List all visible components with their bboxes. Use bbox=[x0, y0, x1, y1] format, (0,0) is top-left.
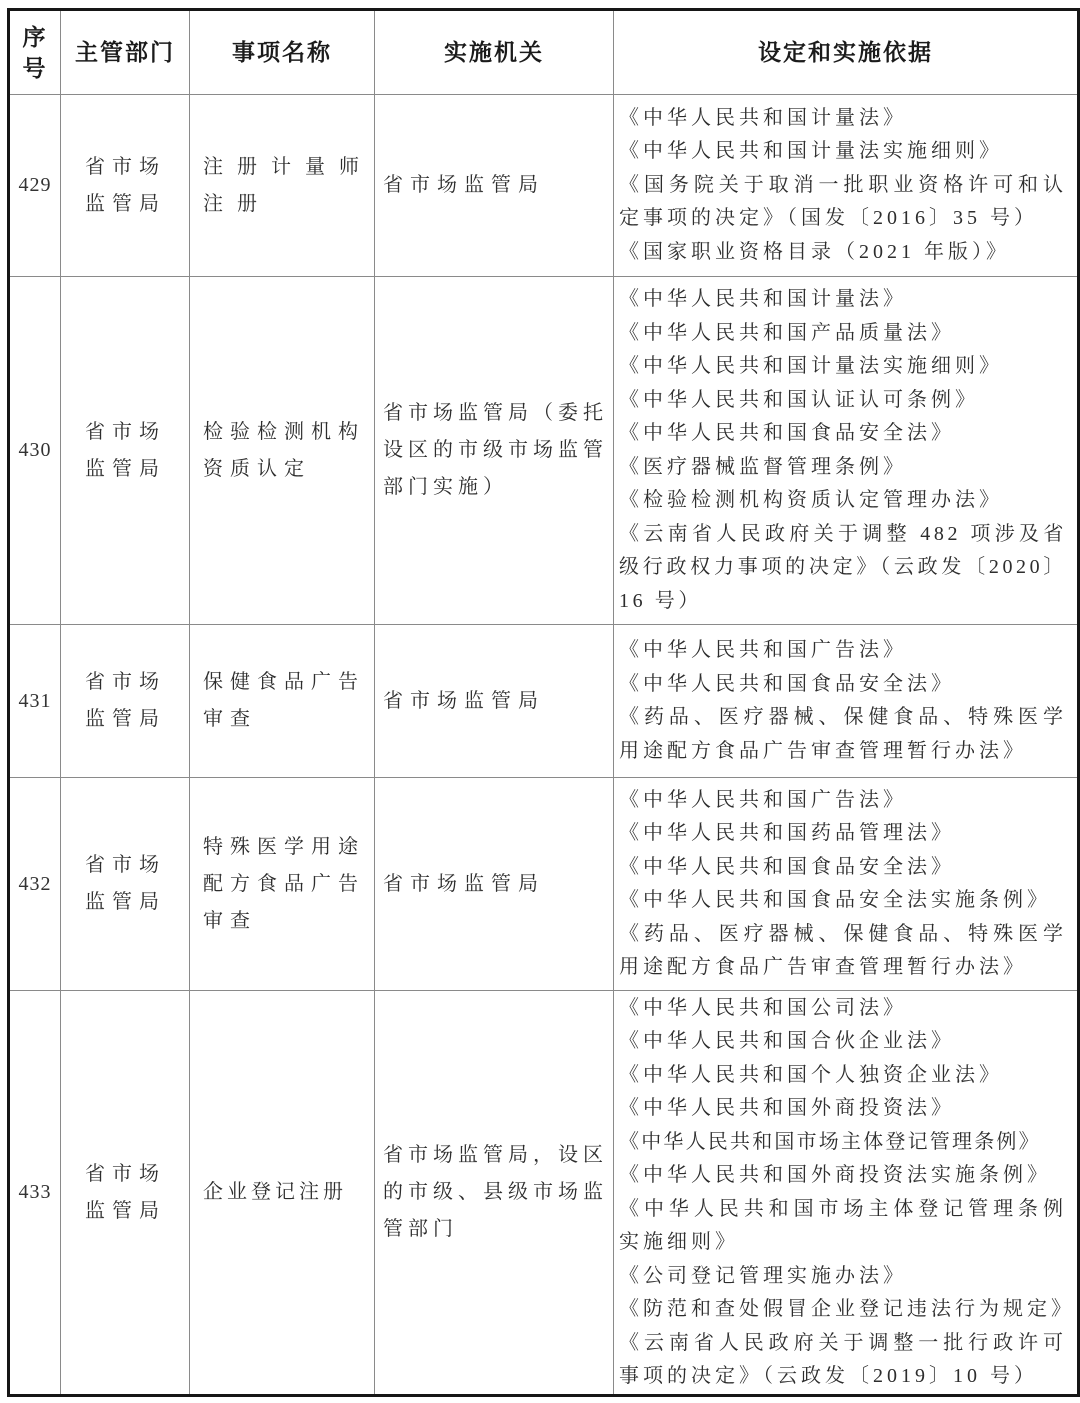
basis-line: 《中华人民共和国药品管理法》 bbox=[619, 817, 1067, 851]
cell-basis: 《中华人民共和国公司法》《中华人民共和国合伙企业法》《中华人民共和国个人独资企业… bbox=[614, 991, 1079, 1396]
basis-line: 《中华人民共和国广告法》 bbox=[619, 784, 1067, 818]
basis-line: 《云南省人民政府关于调整 482 项涉及省级行政权力事项的决定》（云政发〔202… bbox=[619, 518, 1067, 619]
cell-serial: 431 bbox=[9, 625, 61, 778]
header-department: 主管部门 bbox=[61, 10, 190, 95]
basis-line: 《医疗器械监督管理条例》 bbox=[619, 451, 1067, 485]
cell-agency: 省市场监管局 bbox=[375, 625, 614, 778]
cell-basis: 《中华人民共和国广告法》《中华人民共和国药品管理法》《中华人民共和国食品安全法》… bbox=[614, 778, 1079, 991]
cell-item-name: 特殊医学用途配方食品广告审查 bbox=[190, 778, 375, 991]
basis-line: 《中华人民共和国食品安全法实施条例》 bbox=[619, 884, 1067, 918]
cell-department-text: 省市场监管局 bbox=[85, 149, 169, 223]
cell-department: 省市场监管局 bbox=[61, 625, 190, 778]
basis-line: 《中华人民共和国计量法》 bbox=[619, 283, 1067, 317]
basis-line: 《中华人民共和国食品安全法》 bbox=[619, 668, 1067, 702]
basis-line: 《药品、医疗器械、保健食品、特殊医学用途配方食品广告审查管理暂行办法》 bbox=[619, 918, 1067, 985]
cell-item-name: 保健食品广告审查 bbox=[190, 625, 375, 778]
cell-item-name-text: 特殊医学用途配方食品广告审查 bbox=[203, 829, 375, 940]
header-serial-label: 序号 bbox=[22, 22, 49, 84]
basis-line: 《防范和查处假冒企业登记违法行为规定》 bbox=[619, 1293, 1067, 1327]
basis-line: 《中华人民共和国外商投资法》 bbox=[619, 1092, 1067, 1126]
table-row: 430省市场监管局检验检测机构资质认定省市场监管局（委托设区的市级市场监管部门实… bbox=[9, 277, 1079, 625]
table-row: 431省市场监管局保健食品广告审查省市场监管局《中华人民共和国广告法》《中华人民… bbox=[9, 625, 1079, 778]
cell-department-text: 省市场监管局 bbox=[85, 1156, 169, 1230]
cell-agency-text: 省市场监管局（委托设区的市级市场监管部门实施） bbox=[383, 395, 611, 506]
basis-list: 《中华人民共和国计量法》《中华人民共和国计量法实施细则》《国务院关于取消一批职业… bbox=[619, 102, 1067, 270]
cell-agency: 省市场监管局（委托设区的市级市场监管部门实施） bbox=[375, 277, 614, 625]
basis-line: 《检验检测机构资质认定管理办法》 bbox=[619, 484, 1067, 518]
basis-line: 《药品、医疗器械、保健食品、特殊医学用途配方食品广告审查管理暂行办法》 bbox=[619, 701, 1067, 768]
basis-line: 《国家职业资格目录（2021 年版）》 bbox=[619, 236, 1067, 270]
cell-department: 省市场监管局 bbox=[61, 277, 190, 625]
basis-line: 《中华人民共和国市场主体登记管理条例》 bbox=[619, 1126, 1067, 1160]
cell-department: 省市场监管局 bbox=[61, 778, 190, 991]
cell-basis: 《中华人民共和国计量法》《中华人民共和国产品质量法》《中华人民共和国计量法实施细… bbox=[614, 277, 1079, 625]
cell-agency: 省市场监管局 bbox=[375, 778, 614, 991]
cell-agency: 省市场监管局 bbox=[375, 95, 614, 277]
basis-list: 《中华人民共和国广告法》《中华人民共和国药品管理法》《中华人民共和国食品安全法》… bbox=[619, 784, 1067, 985]
basis-line: 《中华人民共和国合伙企业法》 bbox=[619, 1025, 1067, 1059]
cell-department-text: 省市场监管局 bbox=[85, 414, 169, 488]
cell-agency-text: 省市场监管局 bbox=[383, 167, 611, 204]
permit-items-table: 序号 主管部门 事项名称 实施机关 设定和实施依据 429省市场监管局注册计量师… bbox=[7, 8, 1080, 1397]
basis-line: 《云南省人民政府关于调整一批行政许可事项的决定》（云政发〔2019〕10 号） bbox=[619, 1327, 1067, 1394]
header-serial: 序号 bbox=[9, 10, 61, 95]
cell-item-name-text: 企业登记注册 bbox=[203, 1174, 375, 1211]
table-row: 432省市场监管局特殊医学用途配方食品广告审查省市场监管局《中华人民共和国广告法… bbox=[9, 778, 1079, 991]
table-body: 429省市场监管局注册计量师注册省市场监管局《中华人民共和国计量法》《中华人民共… bbox=[9, 95, 1079, 1396]
basis-line: 《国务院关于取消一批职业资格许可和认定事项的决定》（国发〔2016〕35 号） bbox=[619, 169, 1067, 236]
header-row: 序号 主管部门 事项名称 实施机关 设定和实施依据 bbox=[9, 10, 1079, 95]
basis-line: 《中华人民共和国广告法》 bbox=[619, 634, 1067, 668]
basis-list: 《中华人民共和国计量法》《中华人民共和国产品质量法》《中华人民共和国计量法实施细… bbox=[619, 283, 1067, 618]
basis-line: 《中华人民共和国食品安全法》 bbox=[619, 417, 1067, 451]
basis-line: 《中华人民共和国个人独资企业法》 bbox=[619, 1059, 1067, 1093]
cell-agency-text: 省市场监管局 bbox=[383, 683, 611, 720]
cell-item-name-text: 保健食品广告审查 bbox=[203, 664, 375, 738]
header-item-name: 事项名称 bbox=[190, 10, 375, 95]
table-head: 序号 主管部门 事项名称 实施机关 设定和实施依据 bbox=[9, 10, 1079, 95]
header-basis: 设定和实施依据 bbox=[614, 10, 1079, 95]
basis-line: 《中华人民共和国市场主体登记管理条例实施细则》 bbox=[619, 1193, 1067, 1260]
cell-basis: 《中华人民共和国计量法》《中华人民共和国计量法实施细则》《国务院关于取消一批职业… bbox=[614, 95, 1079, 277]
cell-department-text: 省市场监管局 bbox=[85, 664, 169, 738]
cell-department-text: 省市场监管局 bbox=[85, 847, 169, 921]
basis-line: 《中华人民共和国产品质量法》 bbox=[619, 317, 1067, 351]
cell-item-name: 企业登记注册 bbox=[190, 991, 375, 1396]
cell-department: 省市场监管局 bbox=[61, 991, 190, 1396]
cell-basis: 《中华人民共和国广告法》《中华人民共和国食品安全法》《药品、医疗器械、保健食品、… bbox=[614, 625, 1079, 778]
cell-item-name: 检验检测机构资质认定 bbox=[190, 277, 375, 625]
cell-item-name-text: 注册计量师注册 bbox=[203, 149, 375, 223]
cell-item-name: 注册计量师注册 bbox=[190, 95, 375, 277]
cell-agency-text: 省市场监管局，设区的市级、县级市场监管部门 bbox=[383, 1137, 611, 1248]
basis-line: 《中华人民共和国外商投资法实施条例》 bbox=[619, 1159, 1067, 1193]
basis-line: 《中华人民共和国认证认可条例》 bbox=[619, 384, 1067, 418]
basis-list: 《中华人民共和国广告法》《中华人民共和国食品安全法》《药品、医疗器械、保健食品、… bbox=[619, 634, 1067, 768]
cell-serial: 432 bbox=[9, 778, 61, 991]
table-row: 429省市场监管局注册计量师注册省市场监管局《中华人民共和国计量法》《中华人民共… bbox=[9, 95, 1079, 277]
cell-serial: 430 bbox=[9, 277, 61, 625]
basis-line: 《中华人民共和国计量法实施细则》 bbox=[619, 135, 1067, 169]
cell-department: 省市场监管局 bbox=[61, 95, 190, 277]
cell-serial: 429 bbox=[9, 95, 61, 277]
document-page: 序号 主管部门 事项名称 实施机关 设定和实施依据 429省市场监管局注册计量师… bbox=[0, 8, 1080, 1403]
basis-line: 《中华人民共和国计量法》 bbox=[619, 102, 1067, 136]
table-row: 433省市场监管局企业登记注册省市场监管局，设区的市级、县级市场监管部门《中华人… bbox=[9, 991, 1079, 1396]
basis-list: 《中华人民共和国公司法》《中华人民共和国合伙企业法》《中华人民共和国个人独资企业… bbox=[619, 992, 1067, 1394]
basis-line: 《中华人民共和国计量法实施细则》 bbox=[619, 350, 1067, 384]
header-agency: 实施机关 bbox=[375, 10, 614, 95]
basis-line: 《中华人民共和国食品安全法》 bbox=[619, 851, 1067, 885]
cell-item-name-text: 检验检测机构资质认定 bbox=[203, 414, 375, 488]
cell-serial: 433 bbox=[9, 991, 61, 1396]
cell-agency-text: 省市场监管局 bbox=[383, 866, 611, 903]
basis-line: 《中华人民共和国公司法》 bbox=[619, 992, 1067, 1026]
cell-agency: 省市场监管局，设区的市级、县级市场监管部门 bbox=[375, 991, 614, 1396]
basis-line: 《公司登记管理实施办法》 bbox=[619, 1260, 1067, 1294]
